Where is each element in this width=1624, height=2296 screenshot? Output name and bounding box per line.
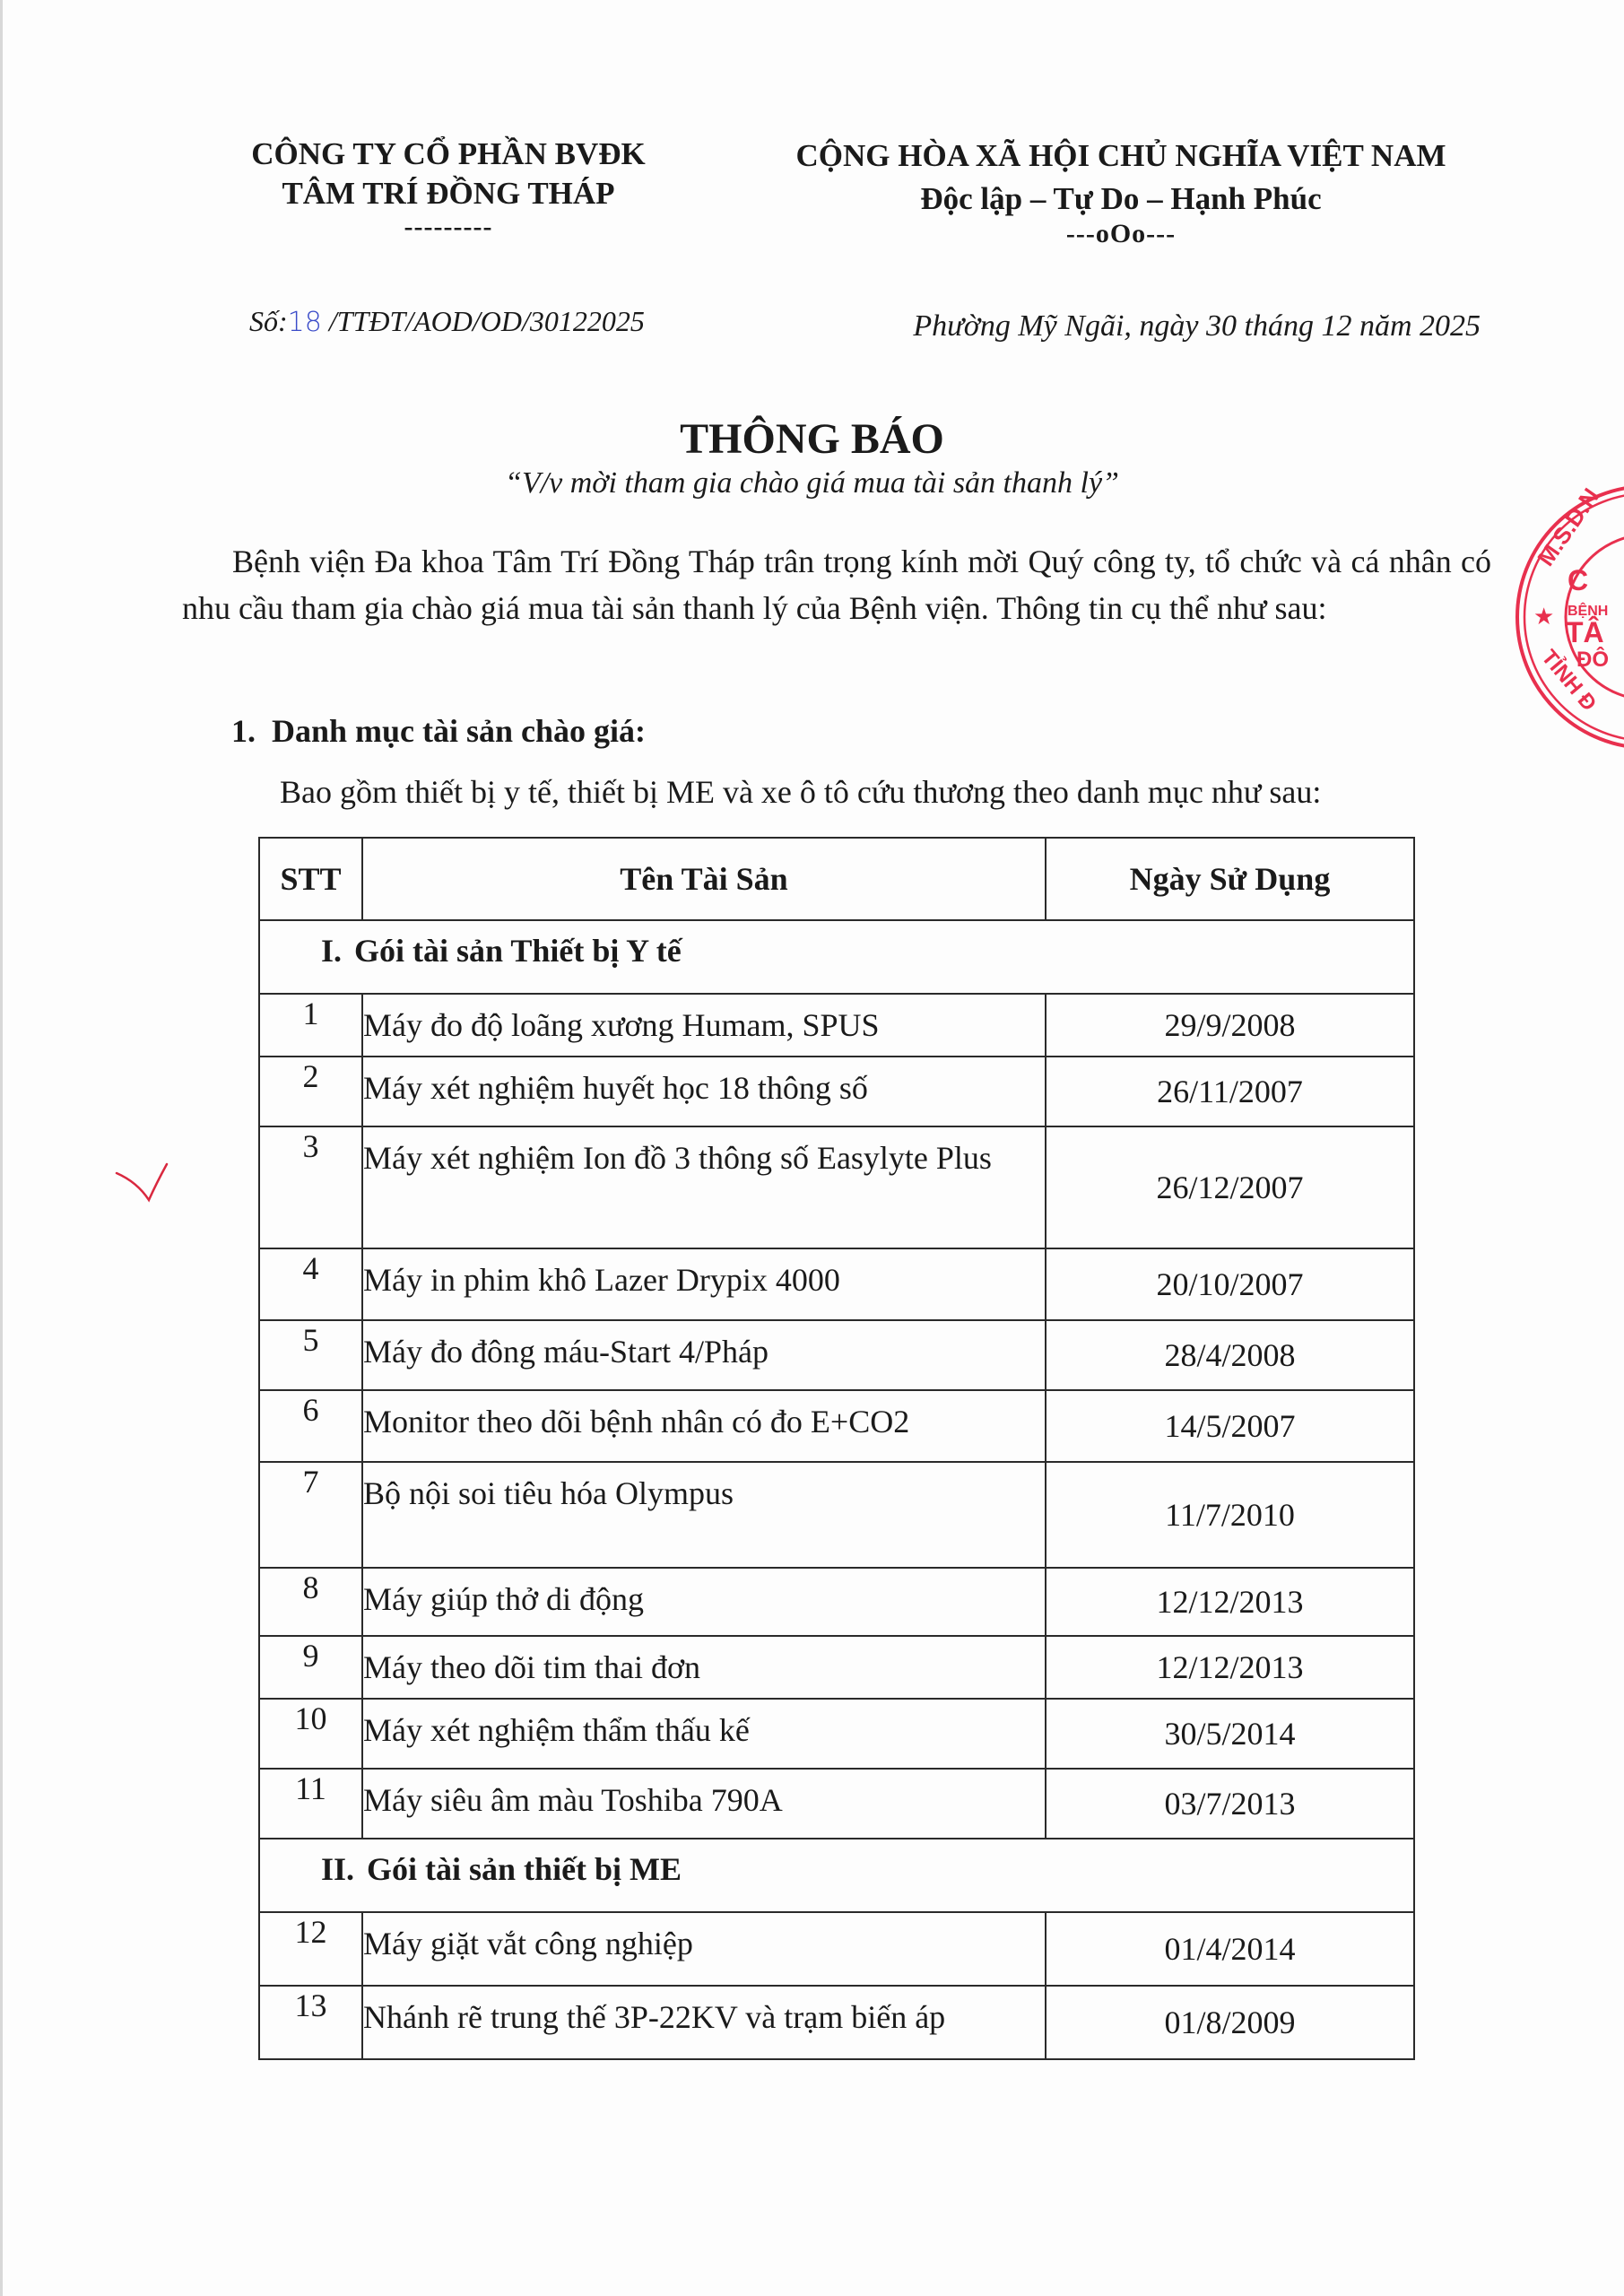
intro-paragraph: Bệnh viện Đa khoa Tâm Trí Đồng Tháp trân… <box>182 538 1491 631</box>
section-heading: 1.Danh mục tài sản chào giá: <box>231 712 646 750</box>
table-row: 2Máy xét nghiệm huyết học 18 thông số26/… <box>259 1057 1414 1126</box>
usage-date: 14/5/2007 <box>1046 1390 1414 1462</box>
table-group-row: I.Gói tài sản Thiết bị Y tế <box>259 920 1414 994</box>
asset-name: Máy giúp thở di động <box>362 1568 1046 1636</box>
national-motto: Độc lập – Tự Do – Hạnh Phúc <box>762 178 1480 221</box>
svg-text:M.S.D.N: M.S.D.N <box>1532 483 1604 571</box>
asset-name: Bộ nội soi tiêu hóa Olympus <box>362 1462 1046 1568</box>
asset-name: Máy siêu âm màu Toshiba 790A <box>362 1769 1046 1839</box>
row-number: 9 <box>259 1636 362 1699</box>
asset-name: Máy in phim khô Lazer Drypix 4000 <box>362 1248 1046 1320</box>
row-number: 4 <box>259 1248 362 1320</box>
row-number: 3 <box>259 1126 362 1248</box>
document-subtitle: “V/v mời tham gia chào giá mua tài sản t… <box>0 466 1624 500</box>
header-usage-date: Ngày Sử Dụng <box>1046 838 1414 920</box>
asset-name: Máy xét nghiệm thẩm thấu kế <box>362 1699 1046 1769</box>
national-header: CỘNG HÒA XÃ HỘI CHỦ NGHĨA VIỆT NAM Độc l… <box>762 135 1480 248</box>
svg-text:ĐÔ: ĐÔ <box>1576 647 1609 672</box>
company-divider: --------- <box>224 213 673 240</box>
reference-number: 18 <box>288 307 322 338</box>
usage-date: 29/9/2008 <box>1046 994 1414 1057</box>
row-number: 2 <box>259 1057 362 1126</box>
group-label-cell: II.Gói tài sản thiết bị ME <box>259 1839 1414 1912</box>
asset-table: STT Tên Tài Sản Ngày Sử Dụng I.Gói tài s… <box>258 837 1415 2060</box>
table-body: I.Gói tài sản Thiết bị Y tế1Máy đo độ lo… <box>259 920 1414 2059</box>
group-number: II. <box>321 1851 354 1887</box>
section-title: Danh mục tài sản chào giá: <box>272 713 646 749</box>
usage-date: 20/10/2007 <box>1046 1248 1414 1320</box>
asset-name: Máy đo độ loãng xương Humam, SPUS <box>362 994 1046 1057</box>
usage-date: 28/4/2008 <box>1046 1320 1414 1390</box>
asset-name: Máy xét nghiệm Ion đồ 3 thông số Easylyt… <box>362 1126 1046 1248</box>
asset-name: Nhánh rẽ trung thế 3P-22KV và trạm biến … <box>362 1986 1046 2059</box>
header-asset-name: Tên Tài Sản <box>362 838 1046 920</box>
row-number: 6 <box>259 1390 362 1462</box>
usage-date: 01/8/2009 <box>1046 1986 1414 2059</box>
usage-date: 01/4/2014 <box>1046 1912 1414 1986</box>
svg-text:★: ★ <box>1533 604 1554 631</box>
nation-name: CỘNG HÒA XÃ HỘI CHỦ NGHĨA VIỆT NAM <box>762 135 1480 178</box>
document-reference: Số:18 /TTĐT/AOD/OD/30122025 <box>249 305 645 338</box>
reference-code: /TTĐT/AOD/OD/30122025 <box>322 305 645 337</box>
company-name-line2: TÂM TRÍ ĐỒNG THÁP <box>224 174 673 213</box>
scan-edge <box>0 0 3 2296</box>
asset-name: Monitor theo dõi bệnh nhân có đo E+CO2 <box>362 1390 1046 1462</box>
document-title: THÔNG BÁO <box>0 414 1624 464</box>
reference-prefix: Số: <box>249 305 288 337</box>
usage-date: 12/12/2013 <box>1046 1568 1414 1636</box>
group-number: I. <box>321 933 342 969</box>
table-row: 12Máy giặt vắt công nghiệp01/4/2014 <box>259 1912 1414 1986</box>
section-description: Bao gồm thiết bị y tế, thiết bị ME và xe… <box>280 773 1321 811</box>
group-label: Gói tài sản thiết bị ME <box>367 1851 682 1887</box>
svg-text:TÂ: TÂ <box>1566 616 1604 648</box>
row-number: 13 <box>259 1986 362 2059</box>
usage-date: 26/12/2007 <box>1046 1126 1414 1248</box>
table-row: 6Monitor theo dõi bệnh nhân có đo E+CO21… <box>259 1390 1414 1462</box>
table-row: 4Máy in phim khô Lazer Drypix 400020/10/… <box>259 1248 1414 1320</box>
group-label: Gói tài sản Thiết bị Y tế <box>354 933 682 969</box>
table-header-row: STT Tên Tài Sản Ngày Sử Dụng <box>259 838 1414 920</box>
red-seal-stamp-icon: M.S.D.N ★ C BỆNH TÂ ĐÔ TỈNH Đ <box>1514 483 1624 752</box>
group-label-cell: I.Gói tài sản Thiết bị Y tế <box>259 920 1414 994</box>
usage-date: 11/7/2010 <box>1046 1462 1414 1568</box>
motto-divider: ---oOo--- <box>762 221 1480 248</box>
asset-name: Máy xét nghiệm huyết học 18 thông số <box>362 1057 1046 1126</box>
table-row: 1Máy đo độ loãng xương Humam, SPUS29/9/2… <box>259 994 1414 1057</box>
usage-date: 26/11/2007 <box>1046 1057 1414 1126</box>
table-group-row: II.Gói tài sản thiết bị ME <box>259 1839 1414 1912</box>
table-row: 9Máy theo dõi tim thai đơn12/12/2013 <box>259 1636 1414 1699</box>
table-row: 10Máy xét nghiệm thẩm thấu kế30/5/2014 <box>259 1699 1414 1769</box>
row-number: 7 <box>259 1462 362 1568</box>
row-number: 12 <box>259 1912 362 1986</box>
row-number: 11 <box>259 1769 362 1839</box>
table-row: 5Máy đo đông máu-Start 4/Pháp28/4/2008 <box>259 1320 1414 1390</box>
row-number: 1 <box>259 994 362 1057</box>
header-stt: STT <box>259 838 362 920</box>
asset-name: Máy theo dõi tim thai đơn <box>362 1636 1046 1699</box>
company-header: CÔNG TY CỔ PHẦN BVĐK TÂM TRÍ ĐỒNG THÁP -… <box>224 135 673 240</box>
place-date: Phường Mỹ Ngãi, ngày 30 tháng 12 năm 202… <box>913 309 1481 344</box>
asset-name: Máy đo đông máu-Start 4/Pháp <box>362 1320 1046 1390</box>
table-row: 8Máy giúp thở di động12/12/2013 <box>259 1568 1414 1636</box>
row-number: 8 <box>259 1568 362 1636</box>
red-checkmark-icon <box>115 1157 178 1211</box>
table-row: 13Nhánh rẽ trung thế 3P-22KV và trạm biế… <box>259 1986 1414 2059</box>
table-row: 3Máy xét nghiệm Ion đồ 3 thông số Easyly… <box>259 1126 1414 1248</box>
row-number: 10 <box>259 1699 362 1769</box>
svg-text:C: C <box>1568 564 1588 596</box>
table-row: 7Bộ nội soi tiêu hóa Olympus11/7/2010 <box>259 1462 1414 1568</box>
asset-name: Máy giặt vắt công nghiệp <box>362 1912 1046 1986</box>
row-number: 5 <box>259 1320 362 1390</box>
table-row: 11Máy siêu âm màu Toshiba 790A03/7/2013 <box>259 1769 1414 1839</box>
company-name-line1: CÔNG TY CỔ PHẦN BVĐK <box>224 135 673 174</box>
usage-date: 12/12/2013 <box>1046 1636 1414 1699</box>
usage-date: 30/5/2014 <box>1046 1699 1414 1769</box>
usage-date: 03/7/2013 <box>1046 1769 1414 1839</box>
section-number: 1. <box>231 713 256 749</box>
